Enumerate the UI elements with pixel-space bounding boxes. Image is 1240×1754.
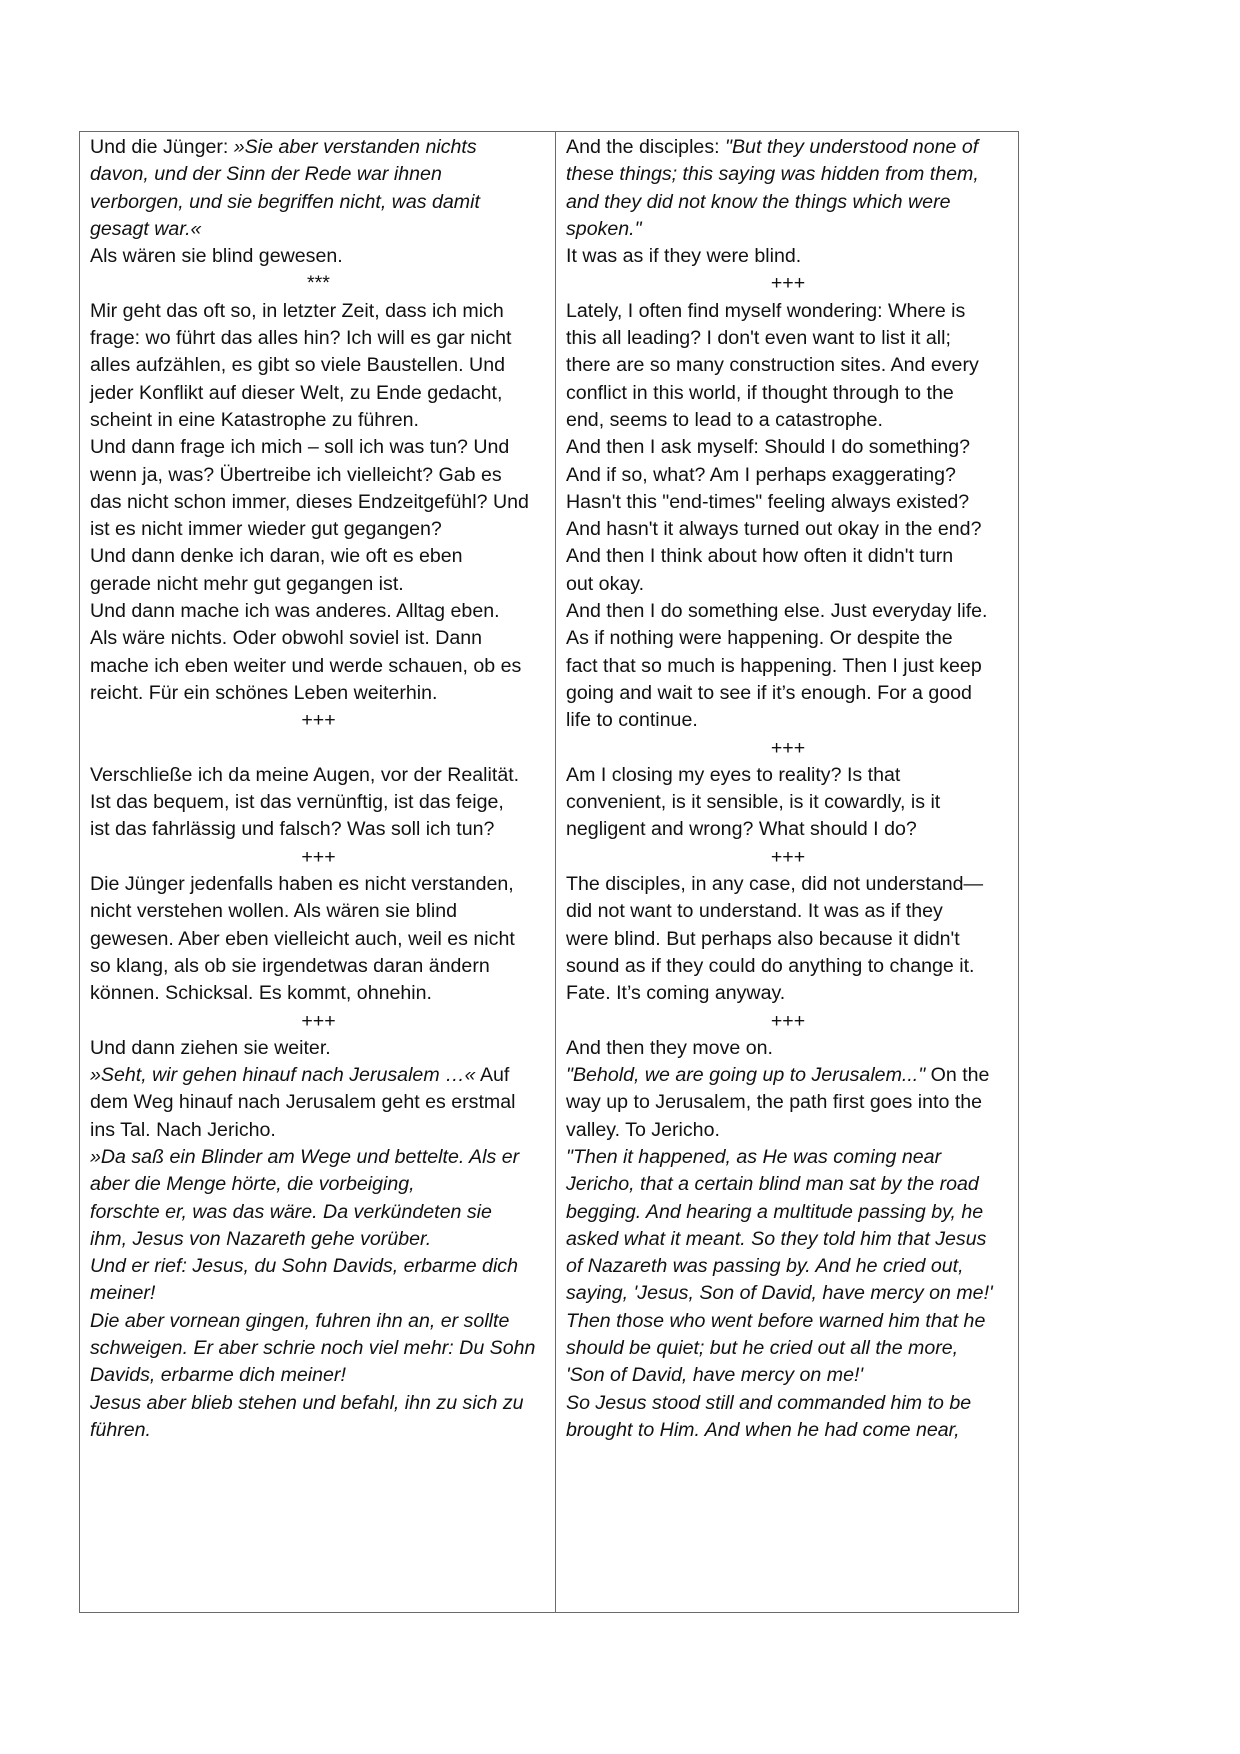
quoted-scripture-text: Then those who went before warned him th… [566, 1310, 985, 1332]
text-line: "Behold, we are going up to Jerusalem...… [566, 1062, 1010, 1089]
body-text: On the [925, 1064, 989, 1086]
text-line: And then I think about how often it didn… [566, 543, 1010, 570]
text-line: Lately, I often find myself wondering: W… [566, 298, 1010, 325]
text-line: did not want to understand. It was as if… [566, 898, 1010, 925]
body-text: ist es nicht immer wieder gut gegangen? [90, 518, 442, 540]
body-text: going and wait to see if it’s enough. Fo… [566, 682, 972, 704]
body-text: Ist das bequem, ist das vernünftig, ist … [90, 791, 504, 813]
body-text: Fate. It’s coming anyway. [566, 982, 785, 1004]
text-line: And if so, what? Am I perhaps exaggerati… [566, 462, 1010, 489]
quoted-scripture-text: So Jesus stood still and commanded him t… [566, 1392, 971, 1414]
german-column: Und die Jünger: »Sie aber verstanden nic… [80, 132, 556, 1612]
text-line: Verschließe ich da meine Augen, vor der … [90, 762, 547, 789]
body-text: out okay. [566, 573, 644, 595]
body-text: Und dann frage ich mich – soll ich was t… [90, 436, 509, 458]
body-text: And then I do something else. Just every… [566, 600, 988, 622]
english-column: And the disciples: "But they understood … [556, 132, 1018, 1612]
body-text: It was as if they were blind. [566, 245, 801, 267]
body-text: können. Schicksal. Es kommt, ohnehin. [90, 982, 432, 1004]
text-line: this all leading? I don't even want to l… [566, 325, 1010, 352]
quoted-scripture-text: Und er rief: Jesus, du Sohn Davids, erba… [90, 1255, 518, 1277]
body-text: Auf [476, 1064, 510, 1086]
text-line: So Jesus stood still and commanded him t… [566, 1390, 1010, 1417]
quoted-scripture-text: spoken." [566, 218, 642, 240]
bilingual-table: Und die Jünger: »Sie aber verstanden nic… [79, 131, 1019, 1613]
text-line: way up to Jerusalem, the path first goes… [566, 1089, 1010, 1116]
text-line: Fate. It’s coming anyway. [566, 980, 1010, 1007]
quoted-scripture-text: »Sie aber verstanden nichts [234, 136, 477, 158]
quoted-scripture-text: begging. And hearing a multitude passing… [566, 1201, 983, 1223]
text-line: davon, und der Sinn der Rede war ihnen [90, 161, 547, 188]
body-text: sound as if they could do anything to ch… [566, 955, 974, 977]
body-text: Hasn't this "end-times" feeling always e… [566, 491, 969, 513]
text-line: going and wait to see if it’s enough. Fo… [566, 680, 1010, 707]
text-line: there are so many construction sites. An… [566, 352, 1010, 379]
body-text: And then I ask myself: Should I do somet… [566, 436, 970, 458]
body-text: As if nothing were happening. Or despite… [566, 627, 953, 649]
body-text: And then I think about how often it didn… [566, 545, 953, 567]
section-separator: +++ [566, 1008, 1010, 1035]
text-line: Als wären sie blind gewesen. [90, 243, 547, 270]
text-line: begging. And hearing a multitude passing… [566, 1199, 1010, 1226]
text-line: Die aber vornean gingen, fuhren ihn an, … [90, 1308, 547, 1335]
text-line: Hasn't this "end-times" feeling always e… [566, 489, 1010, 516]
text-line: Die Jünger jedenfalls haben es nicht ver… [90, 871, 547, 898]
text-line: should be quiet; but he cried out all th… [566, 1335, 1010, 1362]
body-text: ist das fahrlässig und falsch? Was soll … [90, 818, 494, 840]
section-separator: +++ [90, 844, 547, 871]
body-text: life to continue. [566, 709, 698, 731]
text-line: Und dann ziehen sie weiter. [90, 1035, 547, 1062]
text-line: Und die Jünger: »Sie aber verstanden nic… [90, 134, 547, 161]
text-line: Als wäre nichts. Oder obwohl soviel ist.… [90, 625, 547, 652]
text-line: Jesus aber blieb stehen und befahl, ihn … [90, 1390, 547, 1417]
quoted-scripture-text: Die aber vornean gingen, fuhren ihn an, … [90, 1310, 509, 1332]
body-text: valley. To Jericho. [566, 1119, 720, 1141]
text-line: saying, 'Jesus, Son of David, have mercy… [566, 1280, 1010, 1307]
text-line: ihm, Jesus von Nazareth gehe vorüber. [90, 1226, 547, 1253]
body-text: Als wären sie blind gewesen. [90, 245, 343, 267]
body-text: alles aufzählen, es gibt so viele Bauste… [90, 354, 505, 376]
body-text: And the disciples: [566, 136, 725, 158]
text-line: frage: wo führt das alles hin? Ich will … [90, 325, 547, 352]
quoted-scripture-text: davon, und der Sinn der Rede war ihnen [90, 163, 442, 185]
text-line: were blind. But perhaps also because it … [566, 926, 1010, 953]
body-text: did not want to understand. It was as if… [566, 900, 943, 922]
quoted-scripture-text: Davids, erbarme dich meiner! [90, 1364, 346, 1386]
text-line: out okay. [566, 571, 1010, 598]
section-separator: +++ [566, 844, 1010, 871]
quoted-scripture-text: führen. [90, 1419, 151, 1441]
text-line: Und er rief: Jesus, du Sohn Davids, erba… [90, 1253, 547, 1280]
text-line: negligent and wrong? What should I do? [566, 816, 1010, 843]
text-line: Ist das bequem, ist das vernünftig, ist … [90, 789, 547, 816]
text-line: Am I closing my eyes to reality? Is that [566, 762, 1010, 789]
text-line: and they did not know the things which w… [566, 189, 1010, 216]
body-text: fact that so much is happening. Then I j… [566, 655, 982, 677]
quoted-scripture-text: "Behold, we are going up to Jerusalem...… [566, 1064, 925, 1086]
text-line: convenient, is it sensible, is it coward… [566, 789, 1010, 816]
text-line: valley. To Jericho. [566, 1117, 1010, 1144]
text-line: And then they move on. [566, 1035, 1010, 1062]
body-text: Mir geht das oft so, in letzter Zeit, da… [90, 300, 504, 322]
text-line: nicht verstehen wollen. Als wären sie bl… [90, 898, 547, 925]
body-text: Lately, I often find myself wondering: W… [566, 300, 965, 322]
quoted-scripture-text: »Seht, wir gehen hinauf nach Jerusalem …… [90, 1064, 476, 1086]
quoted-scripture-text: asked what it meant. So they told him th… [566, 1228, 986, 1250]
quoted-scripture-text: these things; this saying was hidden fro… [566, 163, 979, 185]
quoted-scripture-text: and they did not know the things which w… [566, 191, 951, 213]
quoted-scripture-text: gesagt war.« [90, 218, 201, 240]
body-text: gerade nicht mehr gut gegangen ist. [90, 573, 404, 595]
section-separator: +++ [566, 735, 1010, 762]
quoted-scripture-text: saying, 'Jesus, Son of David, have mercy… [566, 1282, 993, 1304]
body-text: Und dann denke ich daran, wie oft es ebe… [90, 545, 463, 567]
body-text: there are so many construction sites. An… [566, 354, 979, 376]
text-line: of Nazareth was passing by. And he cried… [566, 1253, 1010, 1280]
text-line: meiner! [90, 1280, 547, 1307]
text-line: these things; this saying was hidden fro… [566, 161, 1010, 188]
text-line: "Then it happened, as He was coming near [566, 1144, 1010, 1171]
body-text: And if so, what? Am I perhaps exaggerati… [566, 464, 956, 486]
text-line: conflict in this world, if thought throu… [566, 380, 1010, 407]
body-text: The disciples, in any case, did not unde… [566, 873, 983, 895]
quoted-scripture-text: aber die Menge hörte, die vorbeiging, [90, 1173, 415, 1195]
text-line: fact that so much is happening. Then I j… [566, 653, 1010, 680]
quoted-scripture-text: forschte er, was das wäre. Da verkündete… [90, 1201, 492, 1223]
text-line: dem Weg hinauf nach Jerusalem geht es er… [90, 1089, 547, 1116]
body-text: Am I closing my eyes to reality? Is that [566, 764, 900, 786]
text-line: gerade nicht mehr gut gegangen ist. [90, 571, 547, 598]
body-text: so klang, als ob sie irgendetwas daran ä… [90, 955, 490, 977]
text-line: Then those who went before warned him th… [566, 1308, 1010, 1335]
quoted-scripture-text: meiner! [90, 1282, 155, 1304]
section-separator: *** [90, 270, 547, 297]
quoted-scripture-text: of Nazareth was passing by. And he cried… [566, 1255, 964, 1277]
body-text: scheint in eine Katastrophe zu führen. [90, 409, 419, 431]
text-line: ist es nicht immer wieder gut gegangen? [90, 516, 547, 543]
text-line: forschte er, was das wäre. Da verkündete… [90, 1199, 547, 1226]
body-text: Verschließe ich da meine Augen, vor der … [90, 764, 519, 786]
text-line: Davids, erbarme dich meiner! [90, 1362, 547, 1389]
body-text: Die Jünger jedenfalls haben es nicht ver… [90, 873, 514, 895]
body-text: Und dann mache ich was anderes. Alltag e… [90, 600, 500, 622]
text-line: Und dann denke ich daran, wie oft es ebe… [90, 543, 547, 570]
quoted-scripture-text: verborgen, und sie begriffen nicht, was … [90, 191, 480, 213]
body-text: gewesen. Aber eben vielleicht auch, weil… [90, 928, 515, 950]
text-line: spoken." [566, 216, 1010, 243]
text-line: wenn ja, was? Übertreibe ich vielleicht?… [90, 462, 547, 489]
quoted-scripture-text: Jericho, that a certain blind man sat by… [566, 1173, 979, 1195]
quoted-scripture-text: Jesus aber blieb stehen und befahl, ihn … [90, 1392, 524, 1414]
text-line: Jericho, that a certain blind man sat by… [566, 1171, 1010, 1198]
text-line: sound as if they could do anything to ch… [566, 953, 1010, 980]
body-text: Und die Jünger: [90, 136, 234, 158]
body-text: dem Weg hinauf nach Jerusalem geht es er… [90, 1091, 515, 1113]
body-text: Als wäre nichts. Oder obwohl soviel ist.… [90, 627, 482, 649]
quoted-scripture-text: ihm, Jesus von Nazareth gehe vorüber. [90, 1228, 431, 1250]
text-line: so klang, als ob sie irgendetwas daran ä… [90, 953, 547, 980]
text-line: And then I do something else. Just every… [566, 598, 1010, 625]
body-text: And then they move on. [566, 1037, 773, 1059]
text-line: scheint in eine Katastrophe zu führen. [90, 407, 547, 434]
text-line: ins Tal. Nach Jericho. [90, 1117, 547, 1144]
quoted-scripture-text: schweigen. Er aber schrie noch viel mehr… [90, 1337, 535, 1359]
body-text: convenient, is it sensible, is it coward… [566, 791, 940, 813]
text-line: brought to Him. And when he had come nea… [566, 1417, 1010, 1444]
body-text: nicht verstehen wollen. Als wären sie bl… [90, 900, 457, 922]
text-line: ist das fahrlässig und falsch? Was soll … [90, 816, 547, 843]
body-text: negligent and wrong? What should I do? [566, 818, 917, 840]
body-text: wenn ja, was? Übertreibe ich vielleicht?… [90, 464, 502, 486]
text-line: mache ich eben weiter und werde schauen,… [90, 653, 547, 680]
body-text: reicht. Für ein schönes Leben weiterhin. [90, 682, 437, 704]
text-line: jeder Konflikt auf dieser Welt, zu Ende … [90, 380, 547, 407]
text-line: end, seems to lead to a catastrophe. [566, 407, 1010, 434]
text-line: führen. [90, 1417, 547, 1444]
text-line: gewesen. Aber eben vielleicht auch, weil… [90, 926, 547, 953]
text-line: »Da saß ein Blinder am Wege und bettelte… [90, 1144, 547, 1171]
body-text: this all leading? I don't even want to l… [566, 327, 951, 349]
section-separator: +++ [90, 1008, 547, 1035]
quoted-scripture-text: should be quiet; but he cried out all th… [566, 1337, 958, 1359]
quoted-scripture-text: 'Son of David, have mercy on me!' [566, 1364, 863, 1386]
text-line: »Seht, wir gehen hinauf nach Jerusalem …… [90, 1062, 547, 1089]
text-line: aber die Menge hörte, die vorbeiging, [90, 1171, 547, 1198]
text-line: asked what it meant. So they told him th… [566, 1226, 1010, 1253]
body-text: way up to Jerusalem, the path first goes… [566, 1091, 982, 1113]
section-separator: +++ [90, 707, 547, 734]
text-line: Und dann frage ich mich – soll ich was t… [90, 434, 547, 461]
blank-line [90, 735, 547, 762]
body-text: frage: wo führt das alles hin? Ich will … [90, 327, 511, 349]
body-text: ins Tal. Nach Jericho. [90, 1119, 276, 1141]
text-line: And the disciples: "But they understood … [566, 134, 1010, 161]
body-text: mache ich eben weiter und werde schauen,… [90, 655, 521, 677]
text-line: 'Son of David, have mercy on me!' [566, 1362, 1010, 1389]
body-text: Und dann ziehen sie weiter. [90, 1037, 331, 1059]
quoted-scripture-text: "Then it happened, as He was coming near [566, 1146, 941, 1168]
text-line: gesagt war.« [90, 216, 547, 243]
body-text: were blind. But perhaps also because it … [566, 928, 960, 950]
text-line: reicht. Für ein schönes Leben weiterhin. [90, 680, 547, 707]
text-line: And hasn't it always turned out okay in … [566, 516, 1010, 543]
body-text: end, seems to lead to a catastrophe. [566, 409, 883, 431]
text-line: Und dann mache ich was anderes. Alltag e… [90, 598, 547, 625]
quoted-scripture-text: "But they understood none of [725, 136, 978, 158]
text-line: können. Schicksal. Es kommt, ohnehin. [90, 980, 547, 1007]
body-text: das nicht schon immer, dieses Endzeitgef… [90, 491, 529, 513]
text-line: schweigen. Er aber schrie noch viel mehr… [90, 1335, 547, 1362]
text-line: The disciples, in any case, did not unde… [566, 871, 1010, 898]
quoted-scripture-text: brought to Him. And when he had come nea… [566, 1419, 960, 1441]
body-text: conflict in this world, if thought throu… [566, 382, 954, 404]
body-text: jeder Konflikt auf dieser Welt, zu Ende … [90, 382, 502, 404]
body-text: And hasn't it always turned out okay in … [566, 518, 981, 540]
quoted-scripture-text: »Da saß ein Blinder am Wege und bettelte… [90, 1146, 519, 1168]
section-separator: +++ [566, 270, 1010, 297]
text-line: verborgen, und sie begriffen nicht, was … [90, 189, 547, 216]
text-line: life to continue. [566, 707, 1010, 734]
text-line: alles aufzählen, es gibt so viele Bauste… [90, 352, 547, 379]
text-line: As if nothing were happening. Or despite… [566, 625, 1010, 652]
text-line: It was as if they were blind. [566, 243, 1010, 270]
text-line: Mir geht das oft so, in letzter Zeit, da… [90, 298, 547, 325]
text-line: And then I ask myself: Should I do somet… [566, 434, 1010, 461]
text-line: das nicht schon immer, dieses Endzeitgef… [90, 489, 547, 516]
